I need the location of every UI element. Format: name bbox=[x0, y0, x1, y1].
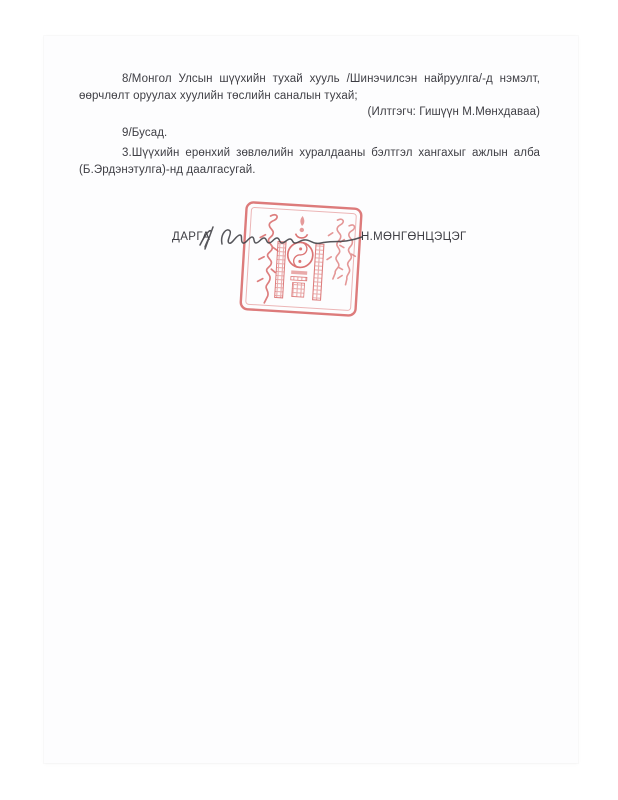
body-text-line: 3.Шүүхийн ерөнхий зөвлөлийн хуралдааны б… bbox=[79, 145, 540, 162]
body-text-block: 8/Монгол Улсын шүүхийн тухай хууль /Шинэ… bbox=[79, 71, 540, 178]
body-text-line: 8/Монгол Улсын шүүхийн тухай хууль /Шинэ… bbox=[79, 71, 540, 88]
body-text-line: (Илтгэгч: Гишүүн М.Мөнхдаваа) bbox=[79, 104, 540, 121]
signature-name-label: Н.МӨНГӨНЦЭЦЭГ bbox=[361, 231, 466, 243]
body-text-line: өөрчлөлт оруулах хуулийн төслийн саналын… bbox=[79, 88, 540, 105]
official-red-stamp-icon bbox=[238, 199, 366, 319]
body-text-line: 9/Бусад. bbox=[79, 125, 540, 142]
scanned-page-canvas: 8/Монгол Улсын шүүхийн тухай хууль /Шинэ… bbox=[0, 0, 618, 800]
body-text-line: (Б.Эрдэнэтулга)-нд даалгасугай. bbox=[79, 162, 540, 179]
signature-handwriting-icon bbox=[196, 224, 366, 252]
